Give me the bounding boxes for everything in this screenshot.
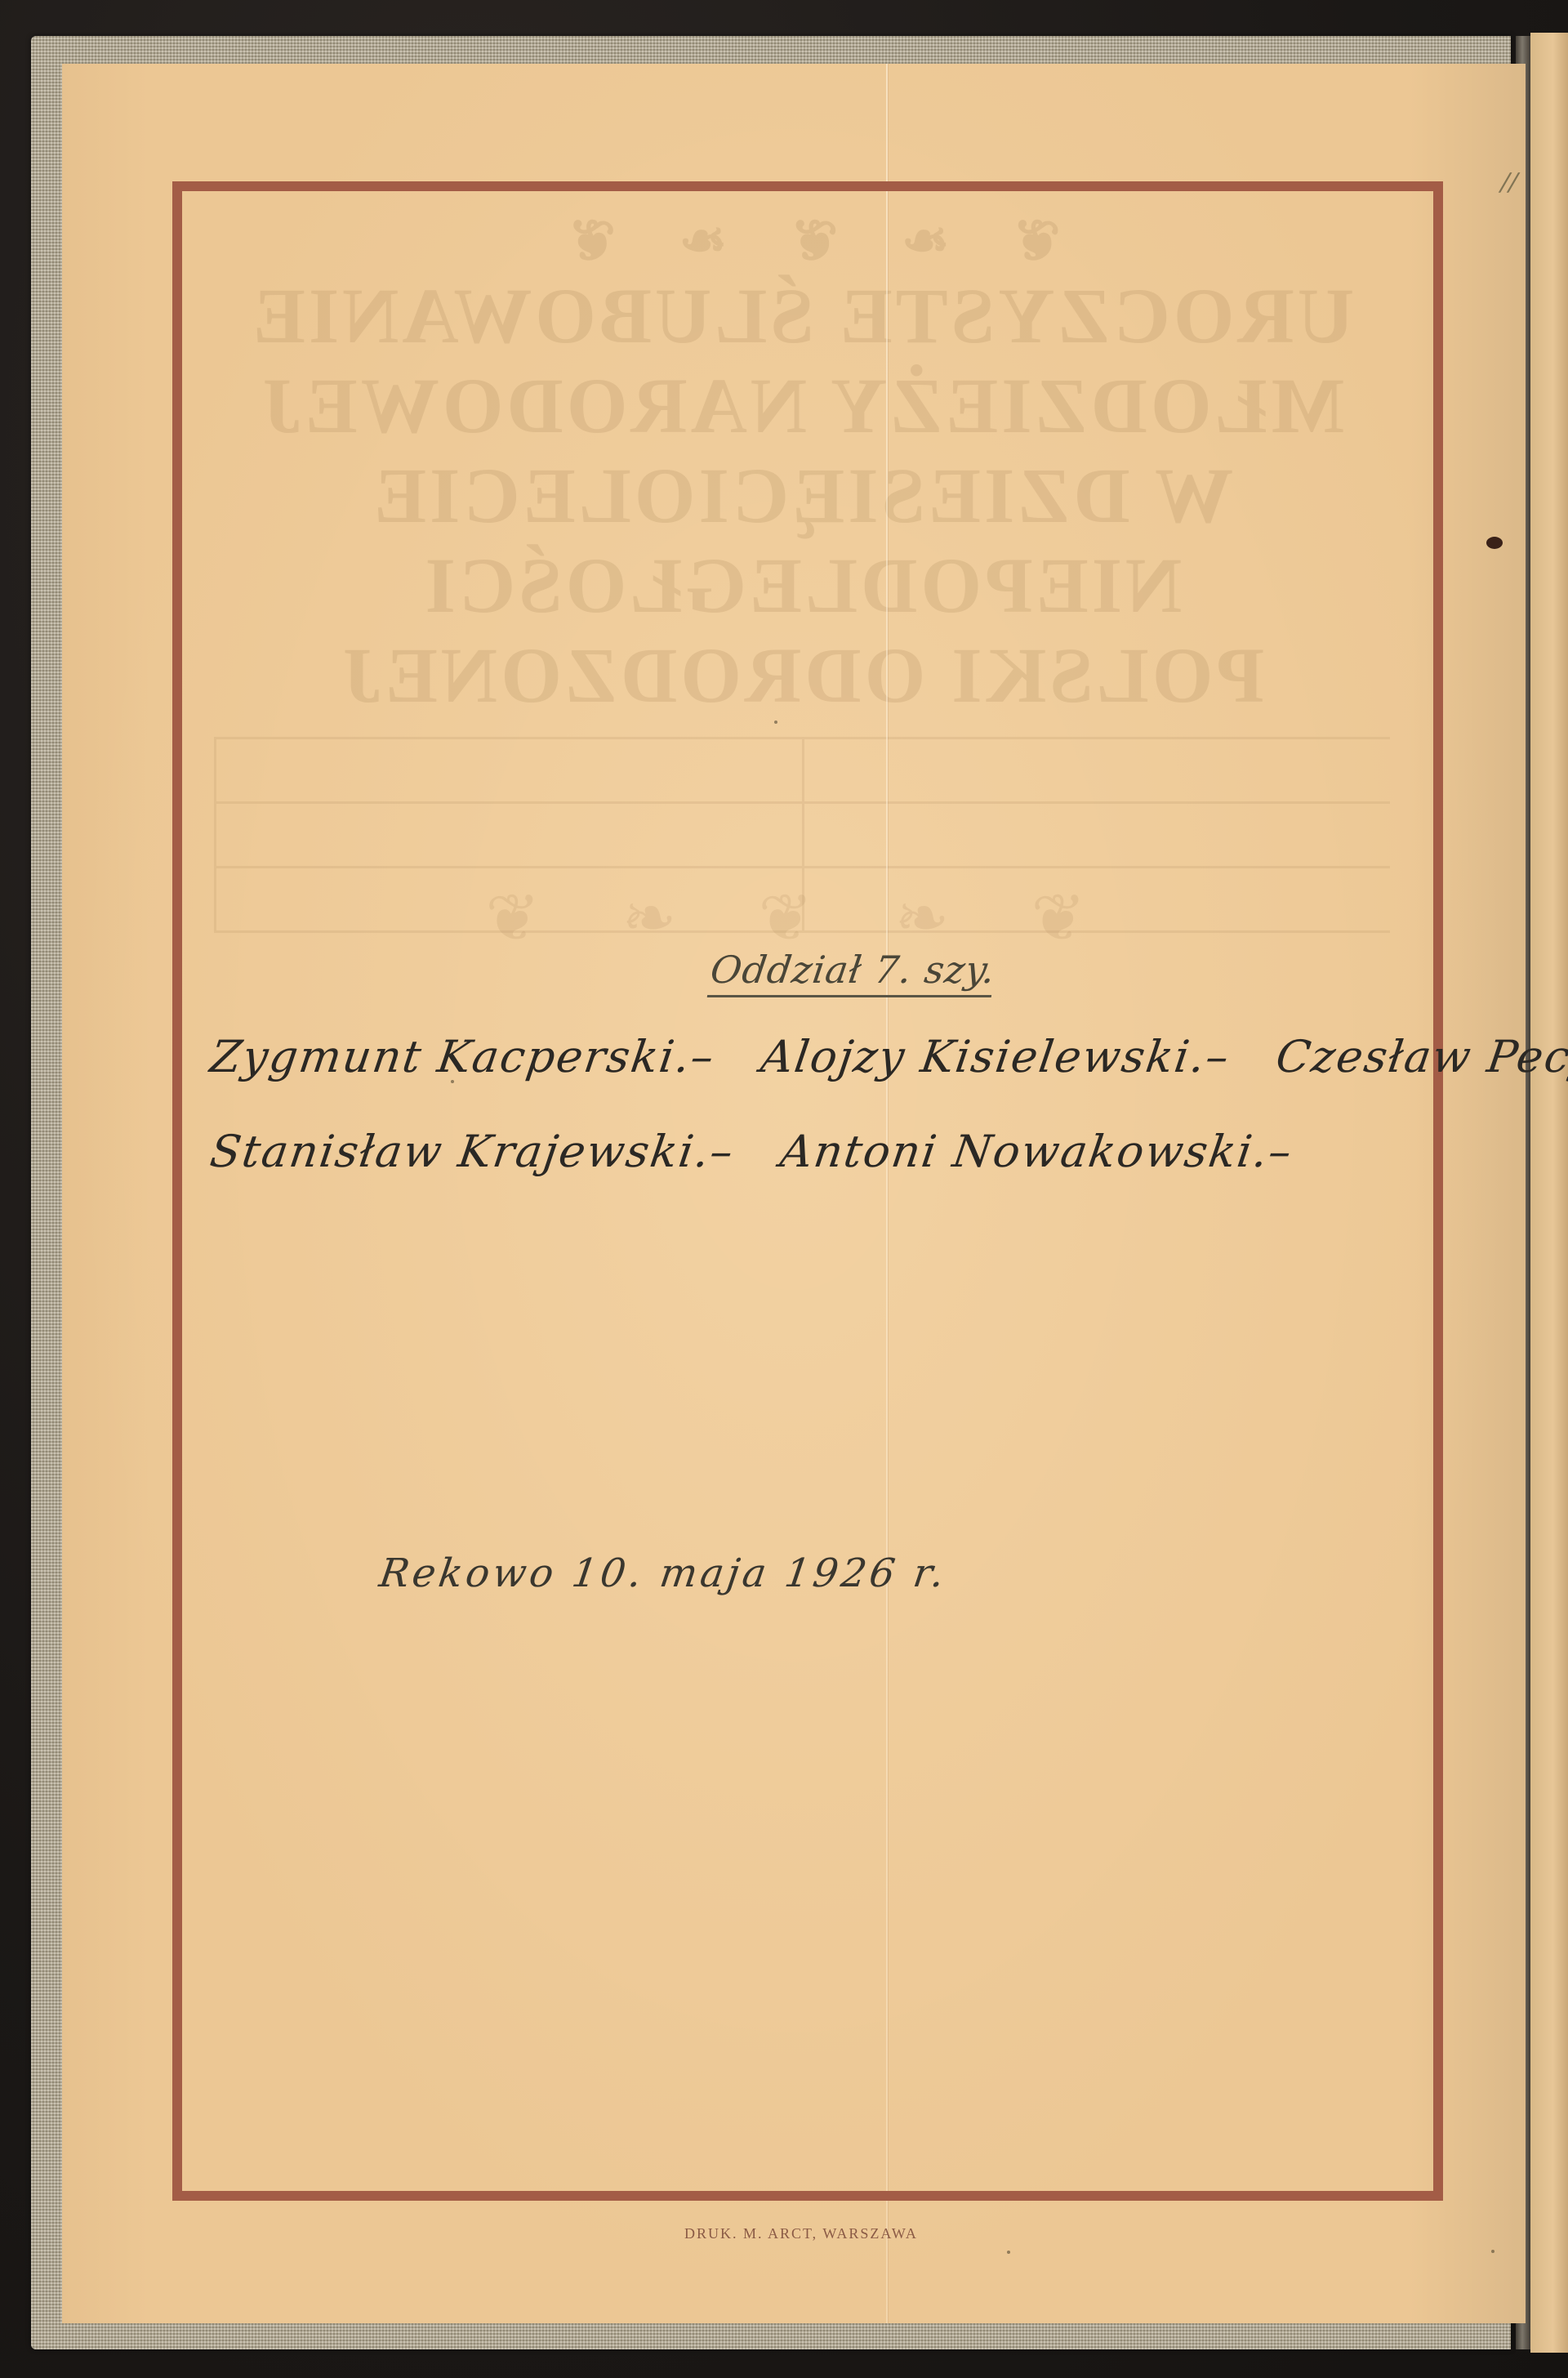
- paper-speck: [774, 721, 777, 724]
- printed-red-frame: [172, 181, 1443, 2201]
- paper-speck: [1491, 2250, 1494, 2253]
- paper-speck: [1007, 2251, 1010, 2254]
- names-line-1: Zygmunt Kacperski.– Alojzy Kisielewski.–…: [207, 1031, 1568, 1082]
- ink-blot: [1486, 537, 1503, 549]
- person-name: Antoni Nowakowski.–: [777, 1126, 1297, 1177]
- person-name: Czesław Pecyna.–: [1273, 1031, 1568, 1082]
- person-name: Stanisław Krajewski.–: [207, 1126, 738, 1177]
- section-heading: Oddział 7. szy.: [707, 948, 999, 997]
- person-name: Alojzy Kisielewski.–: [758, 1031, 1233, 1082]
- printer-imprint: DRUK. M. ARCT, WARSZAWA: [684, 2225, 918, 2242]
- adjacent-page-edge: [1530, 33, 1568, 2353]
- paper-speck: [451, 1080, 454, 1083]
- names-line-2: Stanisław Krajewski.– Antoni Nowakowski.…: [207, 1126, 1328, 1177]
- person-name: Zygmunt Kacperski.–: [207, 1031, 719, 1082]
- place-date-line: Rekowo 10. maja 1926 r.: [376, 1550, 950, 1596]
